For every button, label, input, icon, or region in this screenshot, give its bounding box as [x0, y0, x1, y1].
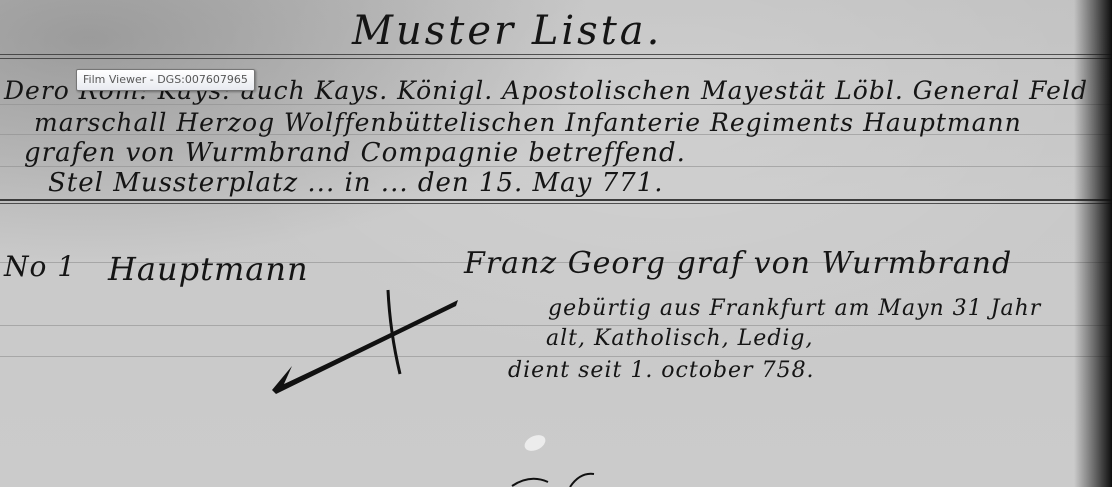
document-title: Muster Lista.: [352, 8, 662, 54]
header-line-2: marschall Herzog Wolffenbüttelischen Inf…: [34, 108, 1022, 137]
title-underline-2: [0, 58, 1112, 59]
header-separator: [0, 199, 1112, 201]
header-line-4: Stel Mussterplatz ... in ... den 15. May…: [48, 168, 663, 198]
entry-name: Franz Georg graf von Wurmbrand: [464, 246, 1012, 281]
title-underline: [0, 54, 1112, 55]
entry-detail-3: dient seit 1. october 758.: [508, 358, 815, 383]
ruled-line: [0, 356, 1112, 357]
entry-detail-2: alt, Katholisch, Ledig,: [546, 326, 813, 351]
film-edge-shadow: [1074, 0, 1112, 487]
partial-handwriting-stroke: [510, 470, 610, 487]
header-separator-2: [0, 203, 1112, 204]
header-line-3: grafen von Wurmbrand Compagnie betreffen…: [24, 138, 686, 168]
entry-detail-1: gebürtig aus Frankfurt am Mayn 31 Jahr: [548, 296, 1041, 321]
paper-blemish: [522, 432, 548, 454]
cross-mark-icon: [262, 282, 472, 402]
film-viewer-tooltip: Film Viewer - DGS:007607965: [76, 69, 255, 91]
film-viewer-image[interactable]: Muster Lista. Dero Röm: Kays: auch Kays.…: [0, 0, 1112, 487]
entry-number: No 1: [4, 250, 76, 283]
